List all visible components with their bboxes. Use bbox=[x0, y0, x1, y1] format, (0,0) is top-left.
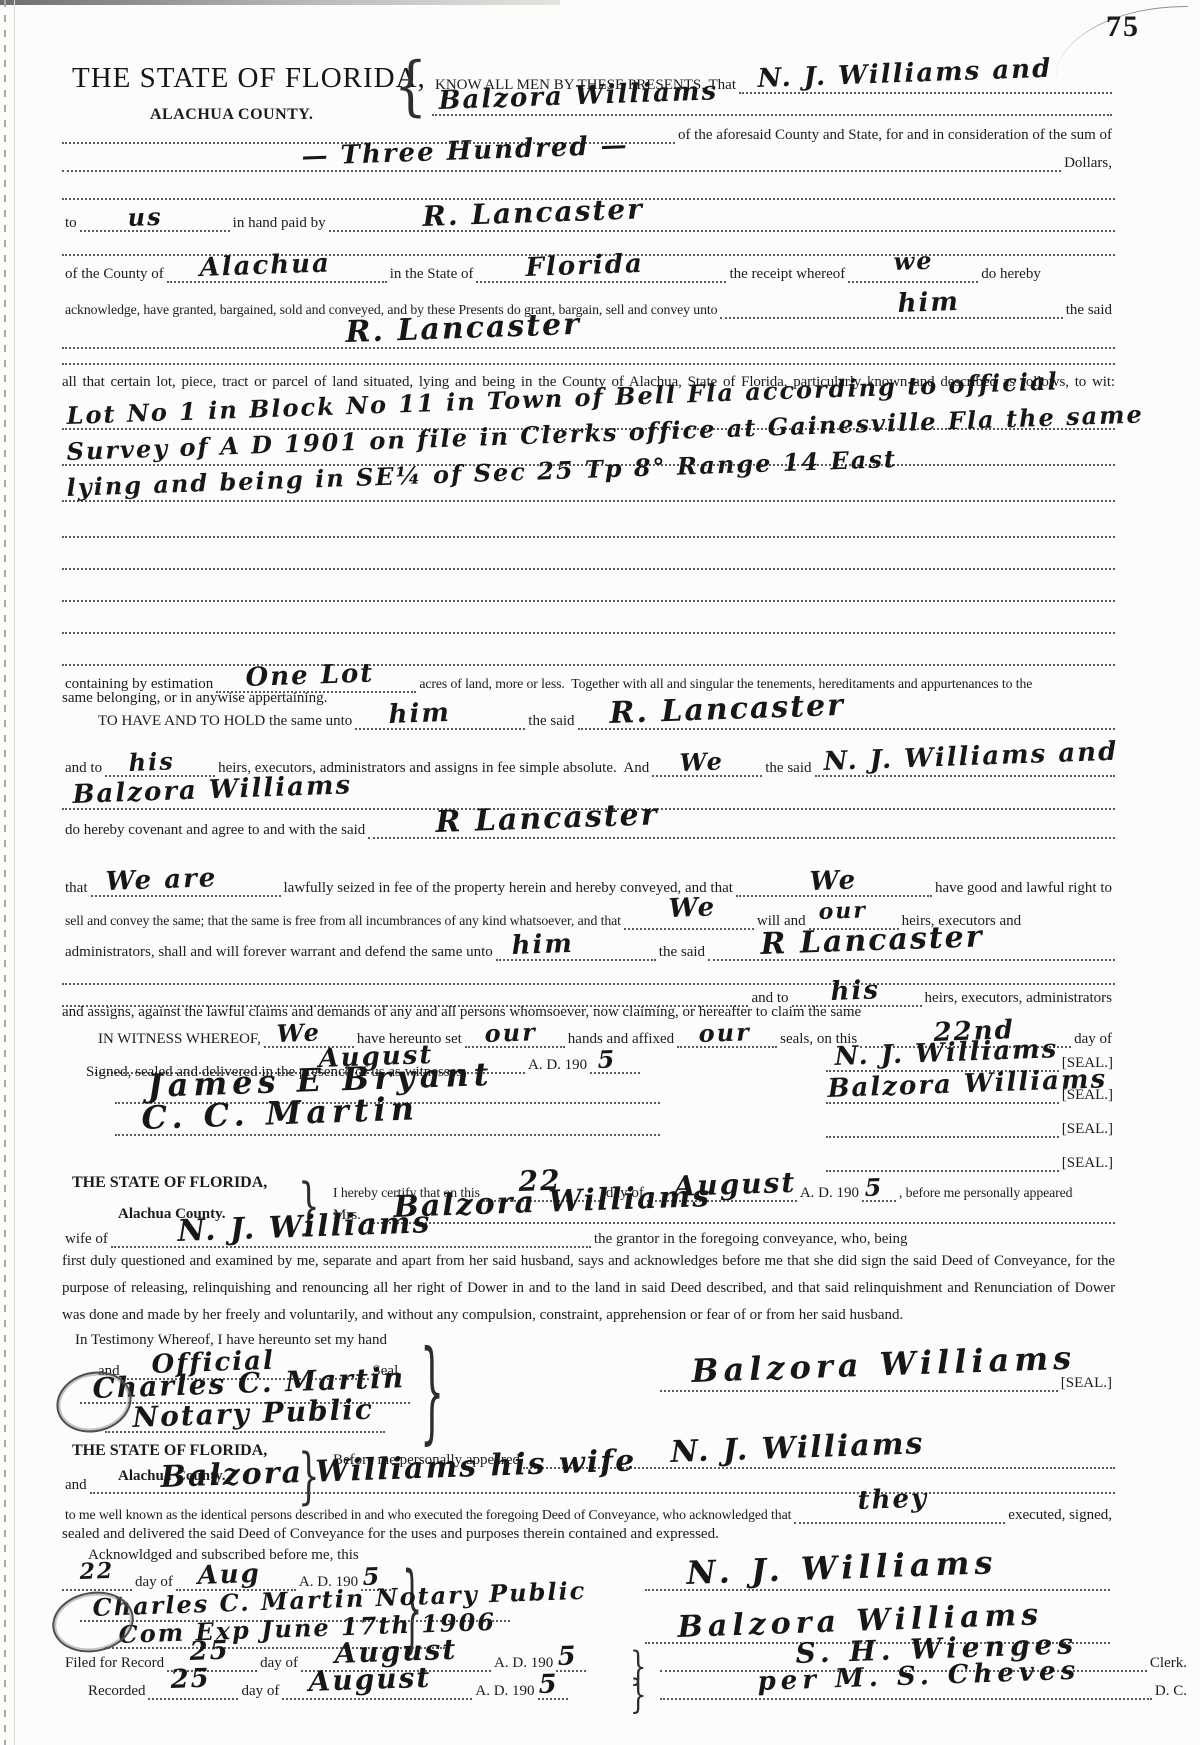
dower-state-heading: THE STATE OF FLORIDA, bbox=[72, 1174, 267, 1192]
grantor-names-line-2: Balzora Williams bbox=[432, 90, 1112, 116]
notary-title-blank: Notary Public bbox=[105, 1425, 385, 1433]
year-blank: 5 bbox=[590, 1066, 640, 1074]
deputy-clerk-signature: per M. S. Cheves bbox=[758, 1659, 1081, 1694]
deed-document-page: 75 THE STATE OF FLORIDA, ALACHUA COUNTY.… bbox=[0, 0, 1200, 1745]
mrs-name-handwritten: Balzora Williams bbox=[393, 1183, 711, 1221]
filed-day-of-label: day of bbox=[257, 1654, 301, 1672]
blank bbox=[62, 530, 1115, 538]
ack-day-blank: 22 bbox=[62, 1583, 132, 1591]
to-have-grantee-handwritten: R. Lancaster bbox=[609, 692, 845, 727]
state-heading: THE STATE OF FLORIDA, bbox=[72, 62, 426, 95]
recorded-ad-label: A. D. 190 bbox=[472, 1682, 537, 1700]
ack-day-handwritten: 22 bbox=[79, 1562, 114, 1583]
in-witness-label: IN WITNESS WHEREOF, bbox=[95, 1030, 264, 1048]
dower-signature-blank: Balzora Williams bbox=[660, 1384, 1058, 1392]
recorded-month-handwritten: August bbox=[308, 1665, 432, 1694]
ack-signature-line-1: N. J. Williams bbox=[645, 1565, 1110, 1591]
warrant-unto-handwritten: him bbox=[511, 932, 574, 958]
they-blank: they bbox=[794, 1516, 1005, 1524]
ruled-line bbox=[62, 608, 1115, 634]
seal-label: [SEAL.] bbox=[1059, 1120, 1116, 1138]
warrant-grantee-handwritten: R Lancaster bbox=[760, 923, 984, 958]
signature-line-4: [SEAL.] bbox=[826, 1146, 1116, 1172]
binding-edge-line bbox=[4, 0, 6, 1745]
grantor-names-blank-2: Balzora Williams bbox=[432, 108, 1112, 116]
wife-name-blank: Balzora Williams his wife bbox=[90, 1486, 1115, 1494]
to-have-blank: him bbox=[355, 722, 525, 730]
husband-name-blank: N. J. Williams bbox=[111, 1240, 591, 1248]
dower-year-handwritten: 5 bbox=[865, 1177, 884, 1199]
recorded-brace: } bbox=[630, 1676, 647, 1715]
acres-label: acres of land, more or less. Together wi… bbox=[416, 676, 1035, 693]
header-brace: { bbox=[394, 54, 427, 119]
recorded-day-blank: 25 bbox=[148, 1692, 238, 1700]
signature-line-2: Balzora Williams [SEAL.] bbox=[826, 1078, 1116, 1104]
and-wife-line: and Balzora Williams his wife bbox=[62, 1468, 1115, 1494]
recorded-year-blank: 5 bbox=[538, 1692, 568, 1700]
payment-line: to us in hand paid by R. Lancaster bbox=[62, 206, 1115, 232]
county-state-line: of the County of Alachua in the State of… bbox=[62, 257, 1115, 283]
aforesaid-label: of the aforesaid County and State, for a… bbox=[675, 126, 1115, 144]
state-handwritten: Florida bbox=[526, 252, 645, 280]
blank bbox=[62, 626, 1115, 634]
ad-label: A. D. 190 bbox=[525, 1056, 590, 1074]
dower-paragraph-1: first duly questioned and examined by me… bbox=[62, 1253, 1115, 1270]
to-have-handwritten: him bbox=[388, 701, 451, 727]
testimony-brace: } bbox=[420, 1336, 444, 1446]
his-2-handwritten: his bbox=[830, 979, 880, 1004]
sell-label: sell and convey the same; that the same … bbox=[62, 913, 624, 930]
seized-handwritten: We bbox=[810, 869, 858, 894]
binding-edge-line-2 bbox=[14, 0, 15, 1745]
they-handwritten: they bbox=[857, 1487, 928, 1513]
ack-signature-1-blank: N. J. Williams bbox=[645, 1583, 1110, 1591]
notary-title-handwritten: Notary Public bbox=[132, 1396, 374, 1430]
dower-paragraph-2: purpose of releasing, relinquishing and … bbox=[62, 1280, 1115, 1297]
county-handwritten: Alachua bbox=[199, 252, 331, 280]
consideration-line: — Three Hundred — Dollars, bbox=[62, 146, 1115, 172]
well-known-line: to me well known as the identical person… bbox=[62, 1498, 1115, 1524]
amount-handwritten: — Three Hundred — bbox=[301, 134, 629, 169]
ack-signature-1: N. J. Williams bbox=[686, 1548, 998, 1588]
ack-month-handwritten: Aug bbox=[197, 1562, 261, 1588]
well-known-label: to me well known as the identical person… bbox=[62, 1507, 794, 1524]
executed-label: executed, signed, bbox=[1005, 1506, 1115, 1524]
dower-signature: Balzora Williams bbox=[691, 1344, 1077, 1386]
blank bbox=[62, 658, 1115, 666]
heirs-3-label: heirs, executors, administrators bbox=[922, 989, 1115, 1007]
we-names-2-handwritten: Balzora Williams bbox=[72, 774, 352, 807]
appeared-name-handwritten: N. J. Williams bbox=[670, 1430, 925, 1466]
that-blank: We are bbox=[91, 889, 281, 897]
lawful-right-label: have good and lawful right to bbox=[932, 879, 1115, 897]
description-blank-3: lying and being in SE¼ of Sec 25 Tp 8° R… bbox=[62, 494, 1115, 502]
covenant-line: do hereby covenant and agree to and with… bbox=[62, 813, 1115, 839]
recorded-label: Recorded bbox=[85, 1682, 148, 1700]
deputy-signature-blank: per M. S. Cheves bbox=[660, 1692, 1152, 1700]
ruled-line bbox=[62, 576, 1115, 602]
we-said-label: the said bbox=[762, 759, 814, 777]
payer-handwritten: R. Lancaster bbox=[422, 196, 644, 229]
husband-name-handwritten: N. J. Williams bbox=[177, 1209, 432, 1245]
receipt-handwritten: we bbox=[893, 250, 934, 273]
wife-of-label: wife of bbox=[62, 1230, 111, 1248]
filed-year-handwritten: 5 bbox=[557, 1645, 578, 1669]
state-of-label: in the State of bbox=[387, 265, 477, 283]
blank bbox=[62, 357, 1115, 365]
covenant-handwritten: R Lancaster bbox=[435, 801, 659, 836]
to-have-said-label: the said bbox=[525, 712, 577, 730]
grantor-signature-1: N. J. Williams bbox=[834, 1038, 1059, 1069]
dollars-label: Dollars, bbox=[1061, 154, 1115, 172]
we-names-blank: N. J. Williams and bbox=[815, 769, 1116, 777]
description-line-3: lying and being in SE¼ of Sec 25 Tp 8° R… bbox=[62, 476, 1115, 502]
do-hereby-label: do hereby bbox=[978, 265, 1044, 283]
unto-blank: him bbox=[720, 311, 1062, 319]
blank bbox=[62, 562, 1115, 570]
filed-year-blank: 5 bbox=[556, 1664, 586, 1672]
witness-2-blank: C. C. Martin bbox=[115, 1128, 660, 1136]
seal-label: [SEAL.] bbox=[1059, 1154, 1116, 1172]
ruled-line bbox=[62, 512, 1115, 538]
recorded-day-of-label: day of bbox=[238, 1682, 282, 1700]
sell-blank: We bbox=[624, 922, 754, 930]
recorded-day-handwritten: 25 bbox=[170, 1667, 211, 1692]
our-seals-handwritten: our bbox=[698, 1022, 751, 1045]
deputy-clerk-label: D. C. bbox=[1152, 1682, 1190, 1700]
signature-line-3: [SEAL.] bbox=[826, 1112, 1116, 1138]
grantor-names-handwritten: N. J. Williams and bbox=[757, 57, 1052, 91]
dower-signature-line: Balzora Williams [SEAL.] bbox=[660, 1366, 1115, 1392]
that-label: that bbox=[62, 879, 91, 897]
filed-day-handwritten: 25 bbox=[189, 1639, 230, 1664]
dower-paragraph-3: was done and made by her freely and volu… bbox=[62, 1307, 903, 1324]
mrs-line: Mrs. Balzora Williams bbox=[330, 1198, 1115, 1224]
deputy-clerk-line: per M. S. Cheves D. C. bbox=[660, 1674, 1190, 1700]
seized-blank: We bbox=[736, 889, 932, 897]
witness-signature-line-2: C. C. Martin bbox=[115, 1110, 660, 1136]
our-seals-blank: our bbox=[677, 1040, 777, 1048]
witness-signature-2: C. C. Martin bbox=[141, 1095, 419, 1133]
unto-handwritten: him bbox=[898, 290, 961, 316]
amount-blank: — Three Hundred — bbox=[62, 164, 1061, 172]
recorded-month-blank: August bbox=[282, 1692, 472, 1700]
wife-of-line: wife of N. J. Williams the grantor in th… bbox=[62, 1222, 1115, 1248]
blank bbox=[826, 1164, 1059, 1172]
the-said-label: the said bbox=[1063, 301, 1115, 319]
heirs-line: and to his heirs, executors, administrat… bbox=[62, 751, 1115, 777]
page-number: 75 bbox=[1106, 10, 1140, 44]
signature-2-blank: Balzora Williams bbox=[826, 1096, 1059, 1104]
recorded-line: Recorded 25 day of August A. D. 190 5 bbox=[85, 1674, 622, 1700]
and-to-label: and to bbox=[62, 759, 105, 777]
receipt-blank: we bbox=[848, 275, 978, 283]
covenant-label: do hereby covenant and agree to and with… bbox=[62, 821, 368, 839]
year-handwritten: 5 bbox=[597, 1049, 616, 1071]
scan-edge-artifact bbox=[0, 0, 560, 5]
county-of-label: of the County of bbox=[62, 265, 167, 283]
grantor-name-2-handwritten: Balzora Williams bbox=[438, 80, 718, 113]
to-have-label: TO HAVE AND TO HOLD the same unto bbox=[95, 712, 355, 730]
acreage-handwritten: One Lot bbox=[245, 662, 375, 690]
that-handwritten: We are bbox=[105, 867, 218, 894]
notary-title-line: Notary Public bbox=[105, 1407, 385, 1433]
hands-affixed-label: hands and affixed bbox=[565, 1030, 677, 1048]
recorded-year-handwritten: 5 bbox=[538, 1673, 559, 1697]
grantor-text-label: the grantor in the foregoing conveyance,… bbox=[591, 1230, 911, 1248]
covenant-blank: R Lancaster bbox=[368, 831, 1115, 839]
blank bbox=[826, 1130, 1059, 1138]
payee-handwritten: us bbox=[127, 206, 163, 229]
sell-handwritten: We bbox=[669, 896, 717, 921]
ack-day-of-label: day of bbox=[132, 1573, 176, 1591]
warrant-line: administrators, shall and will forever w… bbox=[62, 935, 1115, 961]
our-hands-blank: our bbox=[465, 1040, 565, 1048]
ruled-line bbox=[62, 640, 1115, 666]
to-have-line: TO HAVE AND TO HOLD the same unto him th… bbox=[95, 704, 1115, 730]
seized-line: that We are lawfully seized in fee of th… bbox=[62, 871, 1115, 897]
witness-we-handwritten: We bbox=[277, 1022, 322, 1045]
sealed-delivered-label: sealed and delivered the said Deed of Co… bbox=[62, 1526, 719, 1543]
ack-and-label: and bbox=[62, 1476, 90, 1494]
clerk-label: Clerk. bbox=[1147, 1654, 1190, 1672]
ruled-line bbox=[62, 544, 1115, 570]
state-blank: Florida bbox=[476, 275, 726, 283]
our-hands-handwritten: our bbox=[484, 1022, 537, 1045]
convey-line: acknowledge, have granted, bargained, so… bbox=[62, 293, 1115, 319]
to-have-grantee-blank: R. Lancaster bbox=[578, 722, 1115, 730]
we-handwritten: We bbox=[679, 751, 724, 774]
blank bbox=[62, 594, 1115, 602]
filed-label: Filed for Record bbox=[62, 1654, 167, 1672]
our-handwritten: our bbox=[819, 902, 868, 923]
we-blank: We bbox=[652, 769, 762, 777]
we-names-handwritten: N. J. Williams and bbox=[823, 740, 1118, 774]
ruled-line bbox=[62, 339, 1115, 365]
county-blank: Alachua bbox=[167, 275, 387, 283]
receipt-label: the receipt whereof bbox=[726, 265, 848, 283]
his-handwritten: his bbox=[129, 751, 176, 774]
